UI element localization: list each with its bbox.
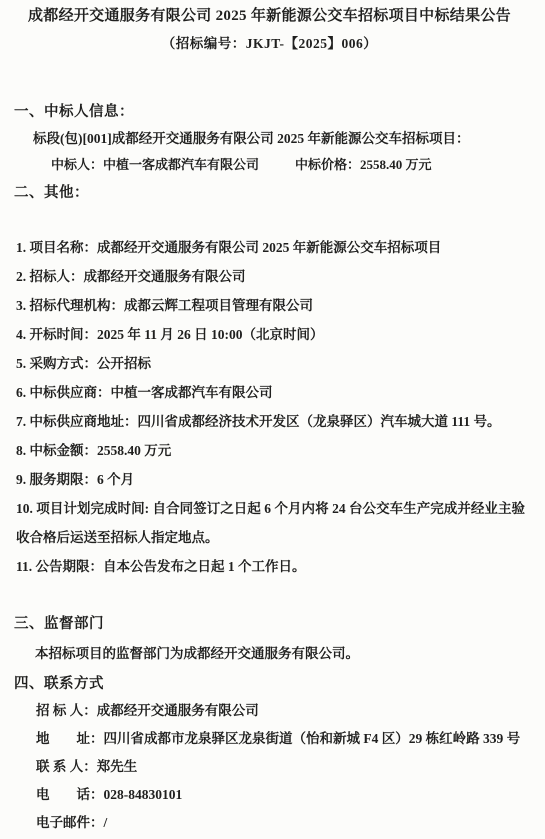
section-1-heading: 一、中标人信息：	[14, 103, 525, 121]
other-info-item: 9. 服务期限：6 个月	[16, 465, 525, 494]
supervision-body-text: 本招标项目的监督部门为成都经开交通服务有限公司。	[35, 645, 525, 663]
winner-price-row: 中标人：中植一客成都汽车有限公司中标价格：2558.40 万元	[51, 156, 525, 174]
contact-row-address: 地 址：四川省成都市龙泉驿区龙泉街道（怡和新城 F4 区）29 栋红岭路 339…	[36, 725, 525, 753]
tender-number-subtitle: （招标编号：JKJT-【2025】006）	[14, 35, 525, 53]
contact-value: 郑先生	[97, 759, 138, 774]
contact-value: 028-84830101	[104, 787, 183, 802]
other-info-item: 8. 中标金额：2558.40 万元	[16, 436, 525, 465]
contact-value: 成都经开交通服务有限公司	[97, 703, 259, 718]
other-info-list: 1. 项目名称：成都经开交通服务有限公司 2025 年新能源公交车招标项目 2.…	[14, 233, 525, 581]
contact-label: 联 系 人：	[36, 759, 97, 774]
contact-label: 地 址：	[36, 731, 104, 746]
winner-price-text: 中标价格：2558.40 万元	[295, 157, 432, 172]
section-4-heading: 四、联系方式	[14, 675, 525, 693]
contact-value: 四川省成都市龙泉驿区龙泉街道（怡和新城 F4 区）29 栋红岭路 339 号	[104, 731, 521, 746]
other-info-item: 7. 中标供应商地址：四川省成都经济技术开发区（龙泉驿区）汽车城大道 111 号…	[16, 407, 525, 436]
other-info-item: 1. 项目名称：成都经开交通服务有限公司 2025 年新能源公交车招标项目	[16, 233, 525, 262]
contact-row-email: 电子邮件：/	[36, 809, 525, 837]
contact-value: /	[104, 815, 108, 830]
winner-name-text: 中标人：中植一客成都汽车有限公司	[51, 157, 259, 172]
section-2-heading: 二、其他：	[14, 184, 525, 202]
contact-label: 电子邮件：	[36, 815, 104, 830]
document-title: 成都经开交通服务有限公司 2025 年新能源公交车招标项目中标结果公告	[14, 6, 525, 26]
lot-package-line: 标段(包)[001]成都经开交通服务有限公司 2025 年新能源公交车招标项目：	[33, 130, 525, 148]
other-info-item: 11. 公告期限：自本公告发布之日起 1 个工作日。	[16, 552, 525, 581]
contact-info-block: 招 标 人：成都经开交通服务有限公司 地 址：四川省成都市龙泉驿区龙泉街道（怡和…	[36, 697, 525, 837]
contact-label: 招 标 人：	[36, 703, 97, 718]
other-info-item: 4. 开标时间：2025 年 11 月 26 日 10:00（北京时间）	[16, 320, 525, 349]
contact-label: 电 话：	[36, 787, 104, 802]
other-info-item: 2. 招标人：成都经开交通服务有限公司	[16, 262, 525, 291]
section-3-heading: 三、监督部门	[14, 615, 525, 633]
contact-row-person: 联 系 人：郑先生	[36, 753, 525, 781]
other-info-item: 3. 招标代理机构：成都云辉工程项目管理有限公司	[16, 291, 525, 320]
contact-row-tenderee: 招 标 人：成都经开交通服务有限公司	[36, 697, 525, 725]
other-info-item: 6. 中标供应商：中植一客成都汽车有限公司	[16, 378, 525, 407]
contact-row-phone: 电 话：028-84830101	[36, 781, 525, 809]
other-info-item: 10. 项目计划完成时间: 自合同签订之日起 6 个月内将 24 台公交车生产完…	[16, 494, 525, 552]
bid-result-announcement-page: 成都经开交通服务有限公司 2025 年新能源公交车招标项目中标结果公告 （招标编…	[0, 0, 545, 839]
other-info-item: 5. 采购方式：公开招标	[16, 349, 525, 378]
